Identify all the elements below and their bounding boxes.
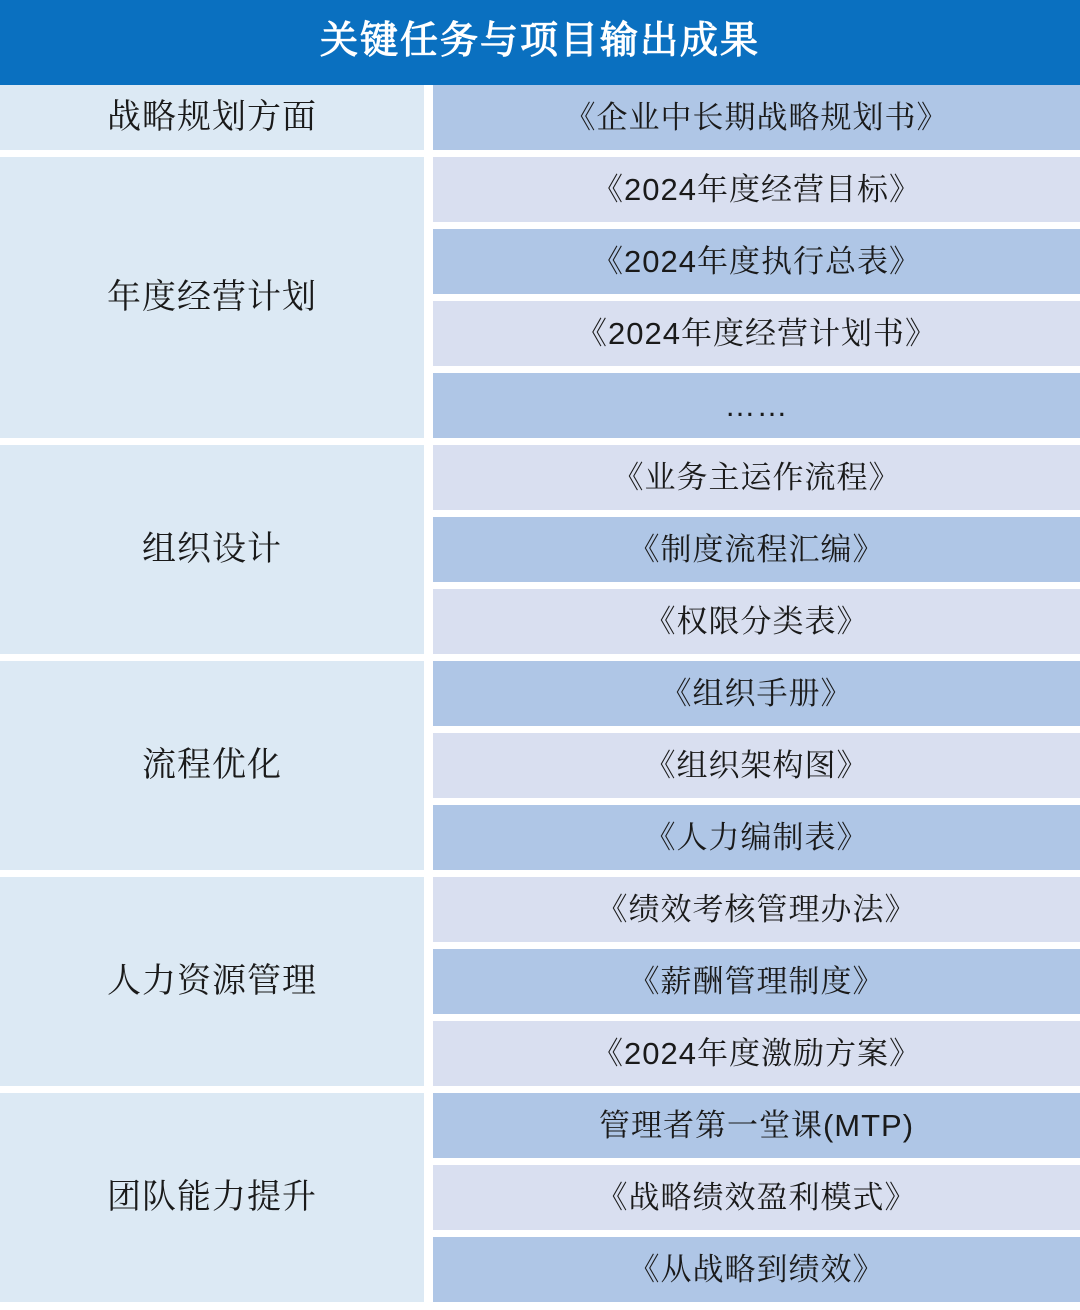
item-cell: 《人力编制表》 xyxy=(433,805,1080,870)
item-cell: 《2024年度执行总表》 xyxy=(433,229,1080,294)
item-cell: 《绩效考核管理办法》 xyxy=(433,877,1080,942)
item-cell: 《2024年度经营目标》 xyxy=(433,157,1080,222)
item-cell: 《战略绩效盈利模式》 xyxy=(433,1165,1080,1230)
page-title: 关键任务与项目输出成果 xyxy=(320,22,760,64)
item-cell: 《组织架构图》 xyxy=(433,733,1080,798)
category-cell: 组织设计 xyxy=(0,445,424,654)
item-cell: 《制度流程汇编》 xyxy=(433,517,1080,582)
item-cell: 《权限分类表》 xyxy=(433,589,1080,654)
item-cell: 《2024年度经营计划书》 xyxy=(433,301,1080,366)
item-cell: 《企业中长期战略规划书》 xyxy=(433,85,1080,150)
key-tasks-table: 战略规划方面 《企业中长期战略规划书》 年度经营计划 《2024年度经营目标》 … xyxy=(0,85,1080,1302)
item-cell: 《从战略到绩效》 xyxy=(433,1237,1080,1302)
category-cell: 战略规划方面 xyxy=(0,85,424,150)
item-cell: …… xyxy=(433,373,1080,438)
item-cell: 管理者第一堂课(MTP) xyxy=(433,1093,1080,1158)
item-cell: 《2024年度激励方案》 xyxy=(433,1021,1080,1086)
header-bar: 关键任务与项目输出成果 xyxy=(0,0,1080,85)
item-cell: 《业务主运作流程》 xyxy=(433,445,1080,510)
item-cell: 《薪酬管理制度》 xyxy=(433,949,1080,1014)
category-cell: 团队能力提升 xyxy=(0,1093,424,1302)
category-cell: 年度经营计划 xyxy=(0,157,424,438)
category-cell: 流程优化 xyxy=(0,661,424,870)
item-cell: 《组织手册》 xyxy=(433,661,1080,726)
category-cell: 人力资源管理 xyxy=(0,877,424,1086)
